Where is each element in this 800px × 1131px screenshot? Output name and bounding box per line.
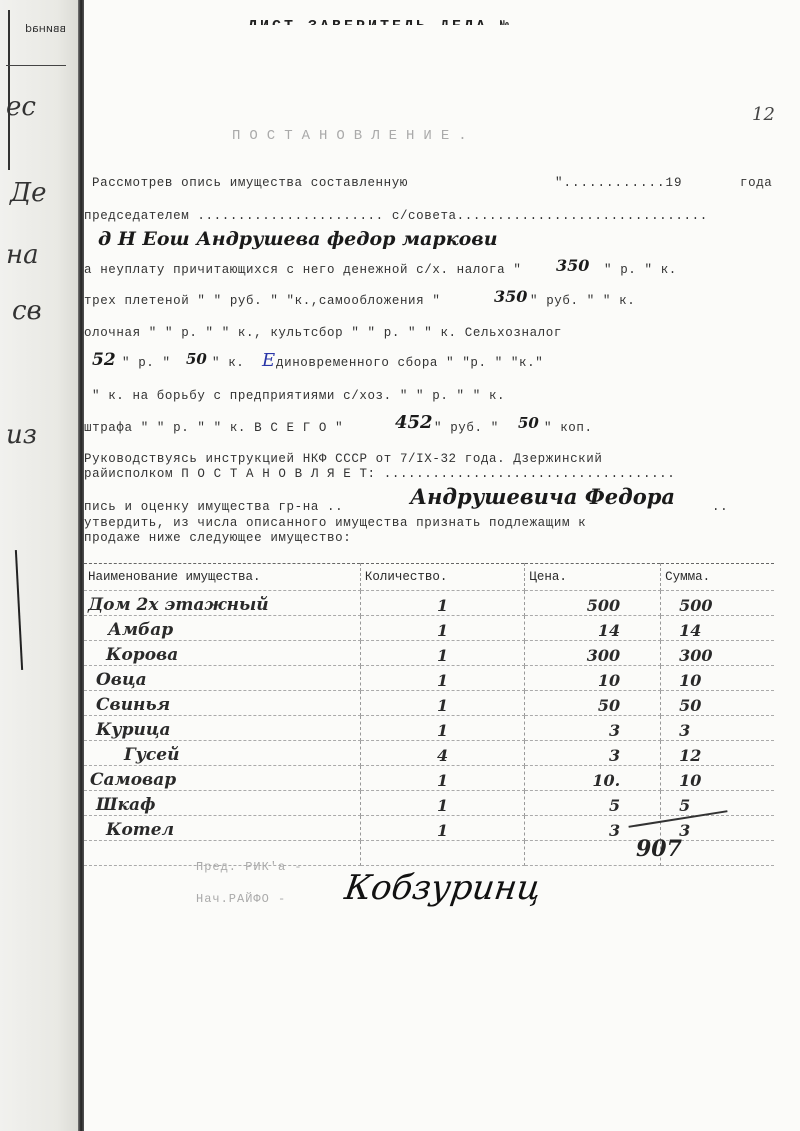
margin-handwriting-1: ес	[6, 92, 36, 122]
margin-handwriting-5: из	[6, 420, 37, 450]
chairman-label: Пред. РИК'а -	[196, 860, 303, 874]
col-header-price: Цена.	[525, 564, 661, 591]
text-line-sale: продаже ниже следующее имущество:	[84, 531, 351, 545]
text-line-self-tax: трех плетеной " " руб. " "к.,самообложен…	[84, 294, 440, 308]
text-rub-label-2: " руб. "	[434, 421, 499, 435]
finance-head-label: Нач.РАЙФО -	[196, 892, 286, 906]
text-line-approve: утвердить, из числа описанного имущества…	[84, 516, 586, 530]
col-header-sum: Сумма.	[661, 564, 774, 591]
text-line-1: Рассмотрев опись имущества составленную	[92, 176, 408, 190]
document-title: ПОСТАНОВЛЕНИЕ.	[232, 128, 476, 144]
handwritten-total-rub: 452	[395, 412, 433, 433]
date-field-dots: "............19	[555, 176, 683, 190]
handwritten-blue-initial: Е	[262, 350, 275, 371]
page-number: 12	[752, 104, 775, 125]
text-one-time-fee: диновременного сбора " "р. " "к."	[276, 356, 543, 370]
table-row: Дом 2х этажный1500500	[84, 591, 774, 616]
table-row: Амбар11414	[84, 616, 774, 641]
inventory-total: 907	[636, 836, 682, 862]
text-line-chairman: председателем ....................... с/…	[84, 209, 708, 223]
handwritten-self-tax-amount: 350	[494, 287, 527, 306]
table-row: Самовар110.10	[84, 766, 774, 791]
table-header-row: Наименование имущества. Количество. Цена…	[84, 564, 774, 591]
handwritten-owner-name: д Н Еош Андрушева федор маркови	[98, 228, 498, 250]
margin-handwriting-4: св	[12, 296, 42, 326]
margin-handwriting-3: на	[6, 240, 39, 270]
text-line-fight: " к. на борьбу с предприятиями с/хоз. " …	[92, 389, 505, 403]
text-rub-label: " р. "	[122, 356, 171, 370]
table-row: Гусей4312	[84, 741, 774, 766]
text-line-resolves: райисполком П О С Т А Н О В Л Я Е Т: ...…	[84, 467, 675, 481]
handwritten-tax-amount: 350	[556, 256, 589, 275]
handwritten-agri-tax-rub: 52	[92, 350, 116, 370]
text-line-tax-tail: " р. " к.	[604, 263, 677, 277]
binding-margin-strip	[0, 0, 82, 1131]
text-line-tax: а неуплату причитающихся с него денежной…	[84, 263, 521, 277]
text-line-inventory: пись и оценку имущества гр-на ..	[84, 500, 343, 514]
text-line-culture-tax: олочная " " р. " " к., культсбор " " р. …	[84, 326, 562, 340]
table-row: Свинья15050	[84, 691, 774, 716]
year-label: года	[740, 176, 772, 190]
table-row: Шкаф155	[84, 791, 774, 816]
text-kop-label: " к.	[212, 356, 244, 370]
table-row: Корова1300300	[84, 641, 774, 666]
margin-handwriting-2: Де	[10, 178, 47, 208]
form-header-cut: ЛИСТ ЗАВЕРИТЕЛЬ ДЕЛА №	[248, 16, 512, 25]
table-row: Овца11010	[84, 666, 774, 691]
handwritten-signature: Кобзуринц	[342, 868, 543, 908]
col-header-quantity: Количество.	[360, 564, 525, 591]
text-line-instruction: Руководствуясь инструкцией НКФ СССР от 7…	[84, 452, 602, 466]
text-line-self-tax-tail: " руб. " " к.	[530, 294, 635, 308]
col-header-name: Наименование имущества.	[84, 564, 360, 591]
handwritten-person-name: Андрушевича Федора	[410, 484, 675, 509]
handwritten-total-kop: 50	[518, 414, 539, 432]
handwritten-agri-tax-kop: 50	[186, 350, 207, 368]
margin-stub-label: ввинаd	[6, 22, 66, 66]
text-kop-label-2: " коп.	[544, 421, 593, 435]
text-line-total: штрафа " " р. " " к. В С Е Г О "	[84, 421, 343, 435]
text-dots-tail: ..	[712, 500, 728, 514]
table-row: Курица133	[84, 716, 774, 741]
